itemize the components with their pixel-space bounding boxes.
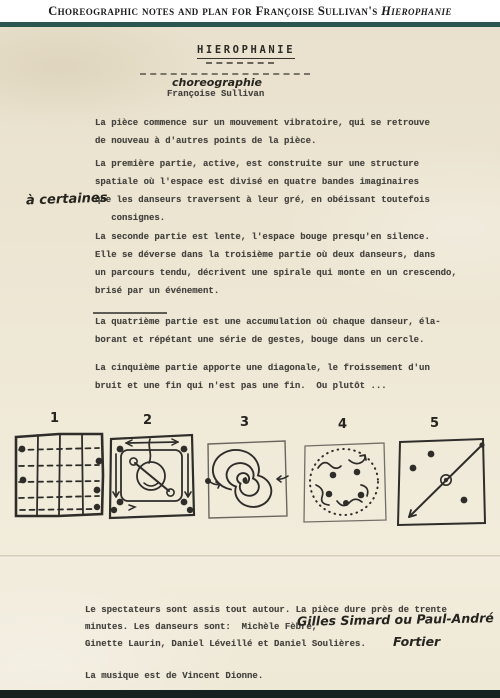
caption-work-title: Hierophanie <box>381 4 452 18</box>
figure-5-diagonal-drawing <box>394 435 490 528</box>
paragraph-2: La première partie, active, est construi… <box>95 155 430 227</box>
figure-5-number: 5 <box>430 416 439 431</box>
dancer-names-handwritten-line1: Gilles Simard ou Paul-André <box>297 610 494 628</box>
figure-3-number: 3 <box>240 415 249 430</box>
document-title: HIEROPHANIE <box>197 44 295 59</box>
title-underline-dashes <box>206 62 274 64</box>
paragraph-4: La quatrième partie est une accumulation… <box>95 313 441 349</box>
paper-crease <box>0 555 500 558</box>
figure-3-spiral-drawing <box>201 434 292 524</box>
figure-1-bands-drawing <box>12 430 105 520</box>
figure-4-scribble-drawing <box>299 437 390 527</box>
paragraph-3: La seconde partie est lente, l'espace bo… <box>95 228 457 300</box>
scanned-document-page: Choreographic notes and plan for Françoi… <box>0 0 500 698</box>
paragraph-1: La pièce commence sur un mouvement vibra… <box>95 114 430 150</box>
figure-4-number: 4 <box>338 417 347 432</box>
caption-text: Choreographic notes and plan for Françoi… <box>48 4 452 19</box>
dancer-names-handwritten-line2: Fortier <box>393 634 440 649</box>
caption-bar: Choreographic notes and plan for Françoi… <box>0 0 500 22</box>
document-paper: HIEROPHANIE choreographie Françoise Sull… <box>0 27 500 690</box>
paragraph-5: La cinquième partie apporte une diagonal… <box>95 359 430 395</box>
dashed-rule <box>140 73 310 75</box>
figure-2-number: 2 <box>143 413 152 428</box>
author-name: Françoise Sullivan <box>167 85 264 103</box>
margin-note-handwritten: à certaines <box>26 191 108 209</box>
music-credit-line: La musique est de Vincent Dionne. <box>85 667 263 685</box>
caption-prefix: Choreographic notes and plan for Françoi… <box>48 4 381 18</box>
figure-1-number: 1 <box>50 411 59 426</box>
bottom-dark-bar <box>0 690 500 698</box>
figure-2-circuit-drawing <box>106 430 198 522</box>
